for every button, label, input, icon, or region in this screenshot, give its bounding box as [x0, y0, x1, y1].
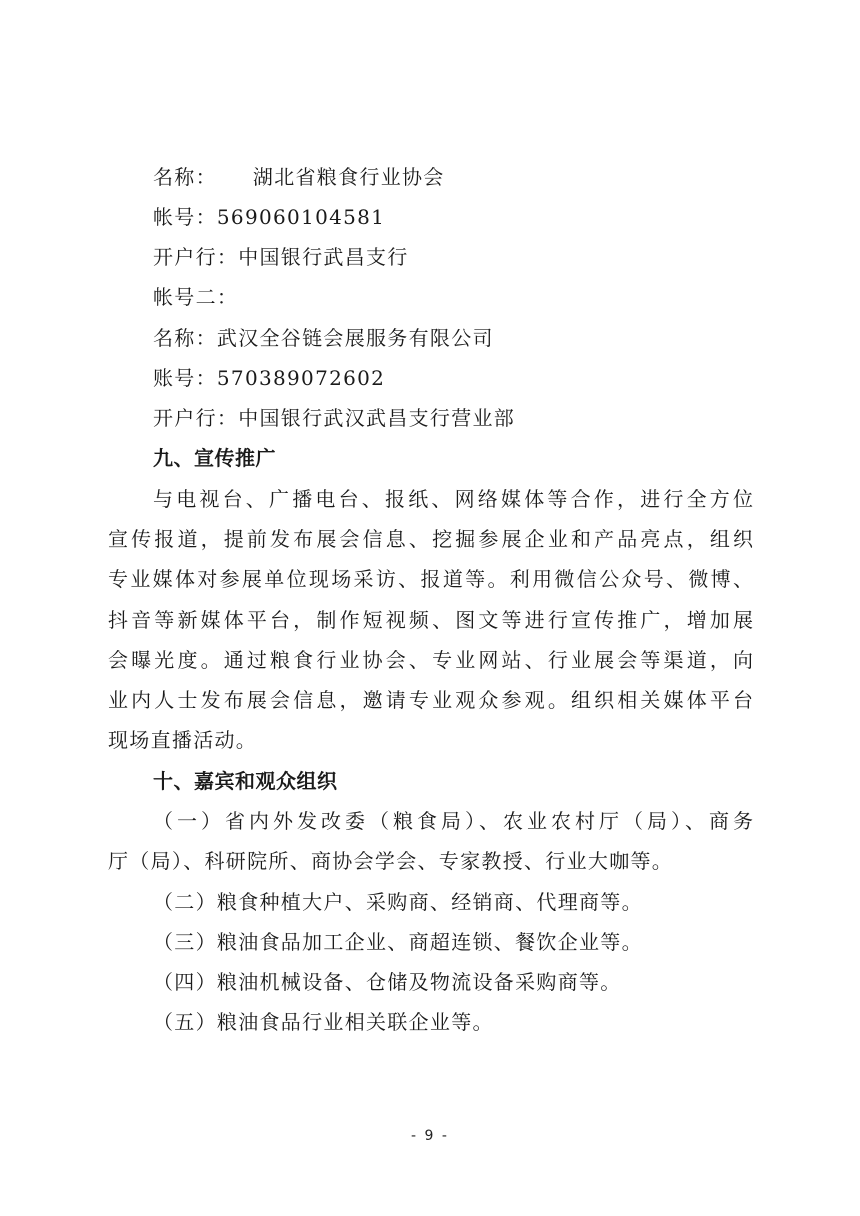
section-ten-heading: 十、嘉宾和观众组织: [153, 761, 813, 801]
account-one-bank-label: 开户行：: [153, 245, 238, 269]
account-one-bank-line: 开户行：中国银行武昌支行: [153, 237, 813, 277]
section-ten-item-1-line: 厅（局）、科研院所、商协会学会、专家教授、行业大咖等。: [108, 841, 768, 881]
section-nine-heading: 九、宣传推广: [153, 438, 813, 478]
section-nine-line: 会曝光度。通过粮食行业协会、专业网站、行业展会等渠道，向: [108, 640, 753, 680]
account-two-number-value: 570389072602: [217, 366, 385, 390]
account-two-bank-line: 开户行：中国银行武汉武昌支行营业部: [153, 398, 813, 438]
account-two-title: 帐号二：: [153, 277, 813, 317]
section-nine-line: 现场直播活动。: [108, 720, 768, 760]
account-one-name-value: 湖北省粮食行业协会: [253, 165, 445, 189]
section-nine-line: 专业媒体对参展单位现场采访、报道等。利用微信公众号、微博、: [108, 559, 753, 599]
section-nine-line: 宣传报道，提前发布展会信息、挖掘参展企业和产品亮点，组织: [108, 519, 753, 559]
section-nine-line: 与电视台、广播电台、报纸、网络媒体等合作，进行全方位: [153, 479, 753, 519]
section-ten-item-1-line: （一）省内外发改委（粮食局）、农业农村厅（局）、商务: [153, 801, 753, 841]
account-two-number-label: 账号：: [153, 366, 217, 390]
account-two-name-label: 名称：: [153, 326, 217, 350]
account-two-bank-value: 中国银行武汉武昌支行营业部: [238, 406, 515, 430]
account-two-bank-label: 开户行：: [153, 406, 238, 430]
account-two-name-value: 武汉全谷链会展服务有限公司: [217, 326, 494, 350]
section-ten-item-3: （三）粮油食品加工企业、商超连锁、餐饮企业等。: [153, 922, 813, 962]
document-page: 名称：湖北省粮食行业协会 帐号：569060104581 开户行：中国银行武昌支…: [0, 0, 860, 1216]
account-one-number-line: 帐号：569060104581: [153, 197, 813, 237]
section-nine-line: 抖音等新媒体平台，制作短视频、图文等进行宣传推广，增加展: [108, 600, 753, 640]
section-nine-line: 业内人士发布展会信息，邀请专业观众参观。组织相关媒体平台: [108, 680, 753, 720]
page-number: - 9 -: [0, 1128, 860, 1144]
account-one-bank-value: 中国银行武昌支行: [238, 245, 408, 269]
account-one-name-line: 名称：湖北省粮食行业协会: [153, 157, 813, 197]
account-one-name-label: 名称：: [153, 165, 217, 189]
account-two-number-line: 账号：570389072602: [153, 358, 813, 398]
account-one-number-label: 帐号：: [153, 205, 217, 229]
section-ten-item-5: （五）粮油食品行业相关联企业等。: [153, 1002, 813, 1042]
account-two-name-line: 名称：武汉全谷链会展服务有限公司: [153, 318, 813, 358]
section-ten-item-4: （四）粮油机械设备、仓储及物流设备采购商等。: [153, 962, 813, 1002]
account-one-number-value: 569060104581: [217, 205, 385, 229]
section-ten-item-2: （二）粮食种植大户、采购商、经销商、代理商等。: [153, 882, 813, 922]
